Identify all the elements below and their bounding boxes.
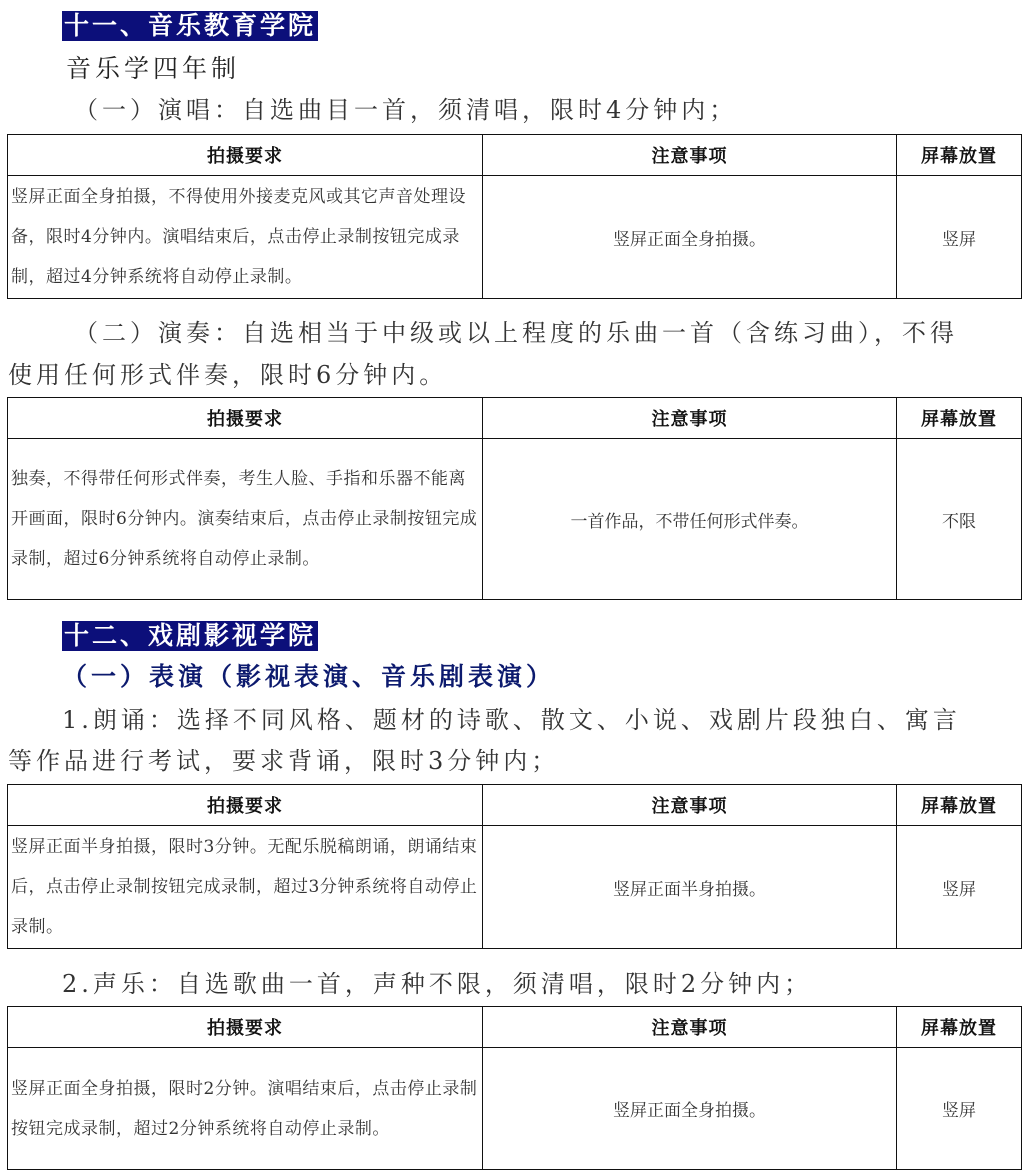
header-shooting-requirements: 拍摄要求	[8, 398, 483, 439]
item-intro-performance-line1: （二）演奏：自选相当于中级或以上程度的乐曲一首（含练习曲），不得	[74, 312, 958, 354]
header-shooting-requirements: 拍摄要求	[8, 785, 483, 826]
cell-requirement: 竖屏正面半身拍摄，限时3分钟。无配乐脱稿朗诵，朗诵结束后，点击停止录制按钮完成录…	[8, 826, 483, 949]
cell-notes: 竖屏正面全身拍摄。	[483, 1048, 897, 1170]
header-screen-orientation: 屏幕放置	[897, 785, 1022, 826]
requirements-table-vocal: 拍摄要求 注意事项 屏幕放置 竖屏正面全身拍摄，限时2分钟。演唱结束后，点击停止…	[7, 1006, 1022, 1170]
item-intro-vocal: 2.声乐：自选歌曲一首，声种不限，须清唱，限时2分钟内；	[62, 963, 812, 1005]
cell-requirement: 竖屏正面全身拍摄，限时2分钟。演唱结束后，点击停止录制按钮完成录制，超过2分钟系…	[8, 1048, 483, 1170]
header-notes: 注意事项	[483, 1007, 897, 1048]
cell-screen: 竖屏	[897, 1048, 1022, 1170]
cell-notes: 竖屏正面半身拍摄。	[483, 826, 897, 949]
header-screen-orientation: 屏幕放置	[897, 135, 1022, 176]
cell-requirement: 竖屏正面全身拍摄，不得使用外接麦克风或其它声音处理设备，限时4分钟内。演唱结束后…	[8, 176, 483, 299]
program-title-acting: （一）表演（影视表演、音乐剧表演）	[62, 660, 555, 694]
table-header-row: 拍摄要求 注意事项 屏幕放置	[8, 785, 1022, 826]
header-shooting-requirements: 拍摄要求	[8, 1007, 483, 1048]
table-row: 独奏，不得带任何形式伴奏，考生人脸、手指和乐器不能离开画面，限时6分钟内。演奏结…	[8, 439, 1022, 600]
table-header-row: 拍摄要求 注意事项 屏幕放置	[8, 398, 1022, 439]
requirements-table-performance: 拍摄要求 注意事项 屏幕放置 独奏，不得带任何形式伴奏，考生人脸、手指和乐器不能…	[7, 397, 1022, 600]
cell-screen: 竖屏	[897, 176, 1022, 299]
cell-requirement: 独奏，不得带任何形式伴奏，考生人脸、手指和乐器不能离开画面，限时6分钟内。演奏结…	[8, 439, 483, 600]
header-screen-orientation: 屏幕放置	[897, 398, 1022, 439]
item-intro-recitation-line1: 1.朗诵：选择不同风格、题材的诗歌、散文、小说、戏剧片段独白、寓言	[62, 699, 961, 741]
requirements-table-singing: 拍摄要求 注意事项 屏幕放置 竖屏正面全身拍摄，不得使用外接麦克风或其它声音处理…	[7, 134, 1022, 299]
header-notes: 注意事项	[483, 785, 897, 826]
section-heading-drama-film: 十二、戏剧影视学院	[62, 621, 318, 651]
cell-screen: 竖屏	[897, 826, 1022, 949]
header-shooting-requirements: 拍摄要求	[8, 135, 483, 176]
item-intro-performance-line2: 使用任何形式伴奏，限时6分钟内。	[8, 354, 447, 396]
cell-screen: 不限	[897, 439, 1022, 600]
cell-notes: 竖屏正面全身拍摄。	[483, 176, 897, 299]
requirements-table-recitation: 拍摄要求 注意事项 屏幕放置 竖屏正面半身拍摄，限时3分钟。无配乐脱稿朗诵，朗诵…	[7, 784, 1022, 949]
table-row: 竖屏正面半身拍摄，限时3分钟。无配乐脱稿朗诵，朗诵结束后，点击停止录制按钮完成录…	[8, 826, 1022, 949]
header-notes: 注意事项	[483, 135, 897, 176]
table-row: 竖屏正面全身拍摄，不得使用外接麦克风或其它声音处理设备，限时4分钟内。演唱结束后…	[8, 176, 1022, 299]
table-header-row: 拍摄要求 注意事项 屏幕放置	[8, 135, 1022, 176]
cell-notes: 一首作品，不带任何形式伴奏。	[483, 439, 897, 600]
section-heading-music-education: 十一、音乐教育学院	[62, 11, 318, 41]
program-title-musicology: 音乐学四年制	[66, 52, 240, 86]
item-intro-singing: （一）演唱：自选曲目一首，须清唱，限时4分钟内；	[74, 89, 737, 131]
table-row: 竖屏正面全身拍摄，限时2分钟。演唱结束后，点击停止录制按钮完成录制，超过2分钟系…	[8, 1048, 1022, 1170]
item-intro-recitation-line2: 等作品进行考试，要求背诵，限时3分钟内；	[8, 740, 559, 782]
header-notes: 注意事项	[483, 398, 897, 439]
table-header-row: 拍摄要求 注意事项 屏幕放置	[8, 1007, 1022, 1048]
header-screen-orientation: 屏幕放置	[897, 1007, 1022, 1048]
